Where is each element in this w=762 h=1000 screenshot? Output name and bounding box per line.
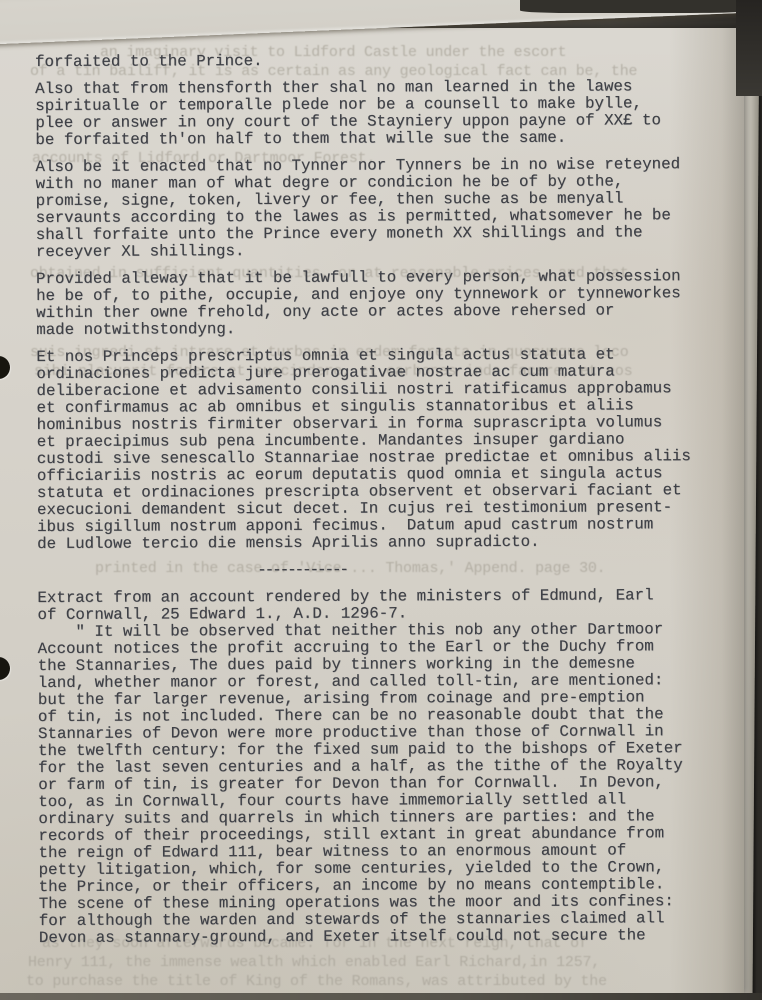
corner-shadow <box>736 0 762 96</box>
paragraph-proviso: Provided alleway that it be lawfull to e… <box>36 268 731 339</box>
binding-gap-shadow <box>520 0 762 13</box>
document-page: an imaginary visit to Lidford Castle und… <box>0 28 744 994</box>
bottom-edge-shadow <box>0 993 762 1000</box>
separator-dashes: ------------ <box>257 560 732 579</box>
paragraph-lawyers-clause: Also that from thensforth ther shal no m… <box>35 78 730 149</box>
scanned-document: an imaginary visit to Lidford Castle und… <box>0 0 762 1000</box>
bleedthrough-line: to purchase the title of King of the Rom… <box>26 973 607 990</box>
paragraph-latin-confirmation: Et nos Princeps prescriptus omnia et sin… <box>36 346 732 553</box>
paragraph-retainers-clause: Also be it enacted that no Tynner nor Ty… <box>35 156 730 261</box>
paragraph-forfaited: forfaited to the Prince. <box>35 51 730 71</box>
extract-heading: Extract from an account rendered by the … <box>37 587 732 624</box>
extract-body: " It will be observed that neither this … <box>37 621 733 947</box>
typewritten-text: forfaited to the Prince. Also that from … <box>35 51 734 957</box>
